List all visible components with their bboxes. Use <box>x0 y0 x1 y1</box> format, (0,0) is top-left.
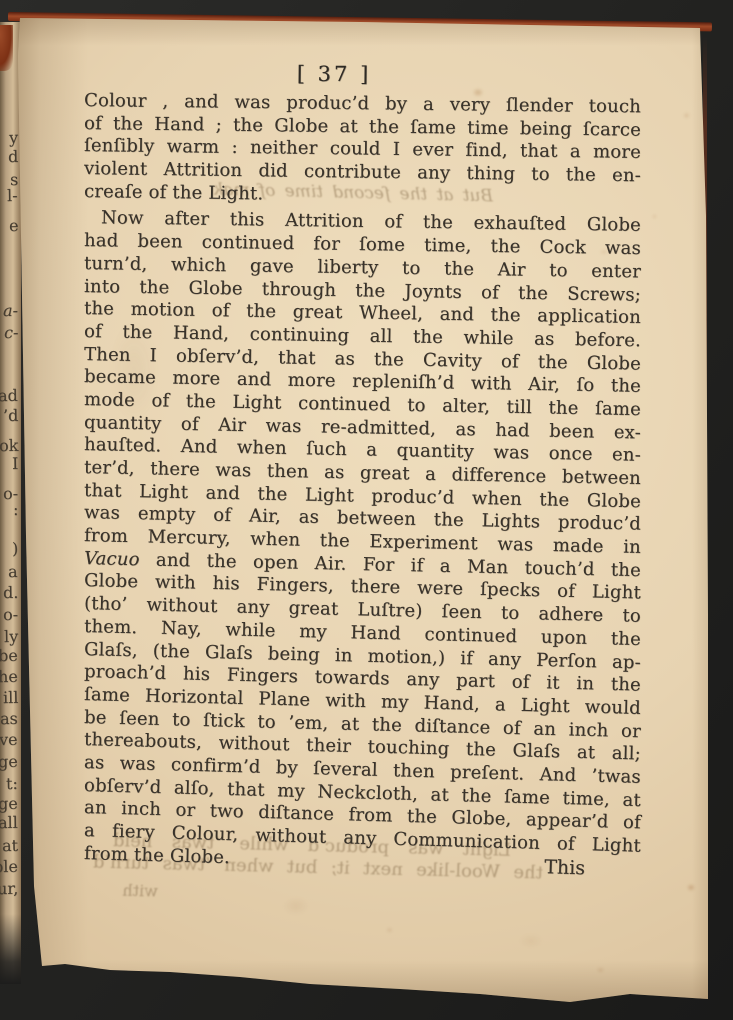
facing-page-letter-fragment: at <box>2 838 18 854</box>
facing-page-letter-fragment: ge <box>0 796 18 812</box>
facing-page-letter-fragment: d. <box>3 585 19 601</box>
facing-page-letter-fragment: o- <box>3 607 18 623</box>
facing-page-letter-fragment: be <box>0 648 18 664</box>
showthrough-line: with <box>110 881 158 900</box>
scanned-book-page: ydsl-ea-c-ad’dokIo-:)ad.o-lybeheillasveg… <box>0 0 733 1020</box>
facing-page-fragments: ydsl-ea-c-ad’dokIo-:)ad.o-lybeheillasveg… <box>0 22 21 984</box>
paragraph-1: Colour , and was produc’d by a very ſlen… <box>84 90 641 203</box>
facing-page-letter-fragment: ) <box>12 541 19 557</box>
facing-page-letter-fragment: ill <box>3 690 19 706</box>
facing-page-letter-fragment: l- <box>7 188 18 204</box>
facing-page-letter-fragment: ’d <box>3 408 19 424</box>
facing-page-letter-fragment: t: <box>6 776 18 792</box>
facing-page-letter-fragment: I <box>12 456 19 472</box>
facing-page-letter-fragment: ok <box>0 438 18 454</box>
text-block: Colour , and was produc’d by a very ſlen… <box>84 90 641 881</box>
gutter-strip: ydsl-ea-c-ad’dokIo-:)ad.o-lybeheillasveg… <box>0 22 21 984</box>
facing-page-letter-fragment: ge <box>0 754 18 770</box>
page-number: [ 37 ] <box>288 62 380 87</box>
page: But at the ſecond time of makLight was p… <box>10 16 712 1006</box>
facing-page-letter-fragment: y <box>9 130 18 146</box>
facing-page-letter-fragment: a- <box>3 303 18 319</box>
facing-page-letter-fragment: ad <box>0 388 18 404</box>
facing-page-letter-fragment: all <box>0 815 18 831</box>
facing-page-letter-fragment: ly <box>4 629 18 645</box>
facing-page-letter-fragment: ve <box>0 732 18 748</box>
facing-page-letter-fragment: as <box>0 711 18 727</box>
facing-page-letter-fragment: ble <box>0 859 18 875</box>
facing-page-letter-fragment: he <box>0 669 18 685</box>
facing-page-letter-fragment: ur, <box>0 881 18 897</box>
facing-page-letter-fragment: d <box>8 149 19 165</box>
facing-page-letter-fragment: e <box>8 218 18 234</box>
paragraph-2: Now after this Attrition of the exhauſte… <box>84 207 641 865</box>
facing-page-letter-fragment: a <box>8 564 18 580</box>
facing-page-letter-fragment: : <box>12 502 18 518</box>
facing-page-letter-fragment: c- <box>3 325 18 341</box>
